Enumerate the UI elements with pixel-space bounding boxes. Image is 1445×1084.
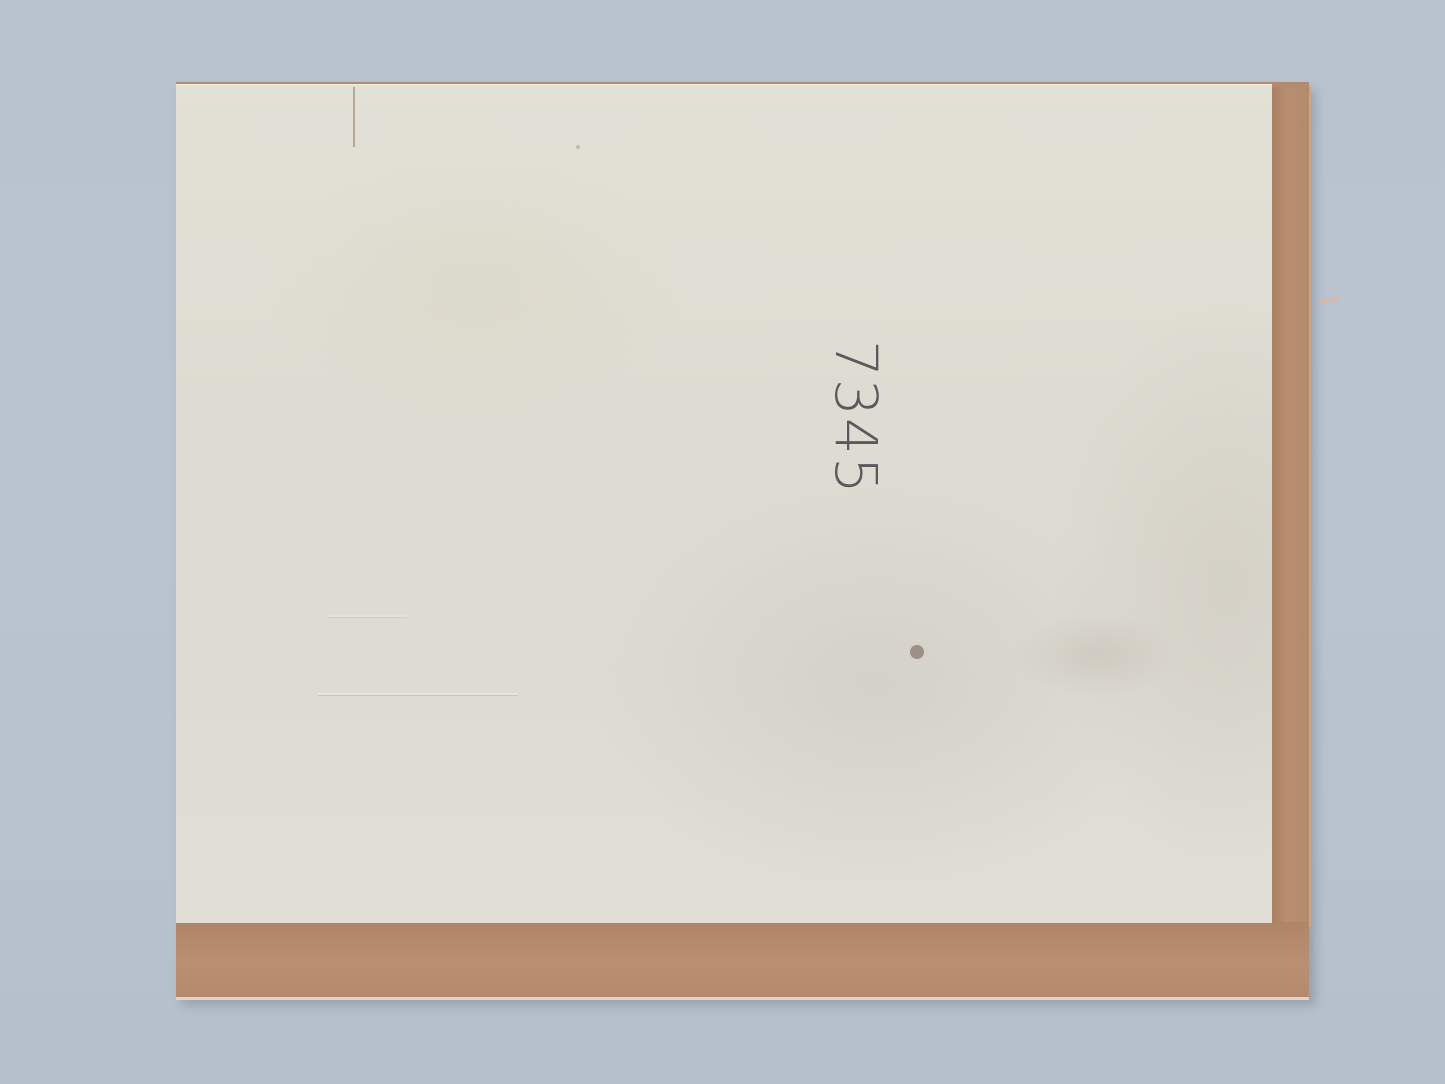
loose-fiber bbox=[1320, 297, 1340, 305]
stain-spot bbox=[910, 645, 924, 659]
crease-mark bbox=[326, 615, 406, 618]
tear-mark bbox=[353, 87, 355, 147]
paper-sheet-back bbox=[176, 84, 1272, 923]
handwritten-number: 7345 bbox=[822, 340, 890, 496]
board-edge-right bbox=[1272, 87, 1311, 927]
crease-mark bbox=[318, 693, 518, 696]
board-edge-bottom bbox=[176, 922, 1309, 1000]
stain-spot bbox=[576, 145, 580, 149]
